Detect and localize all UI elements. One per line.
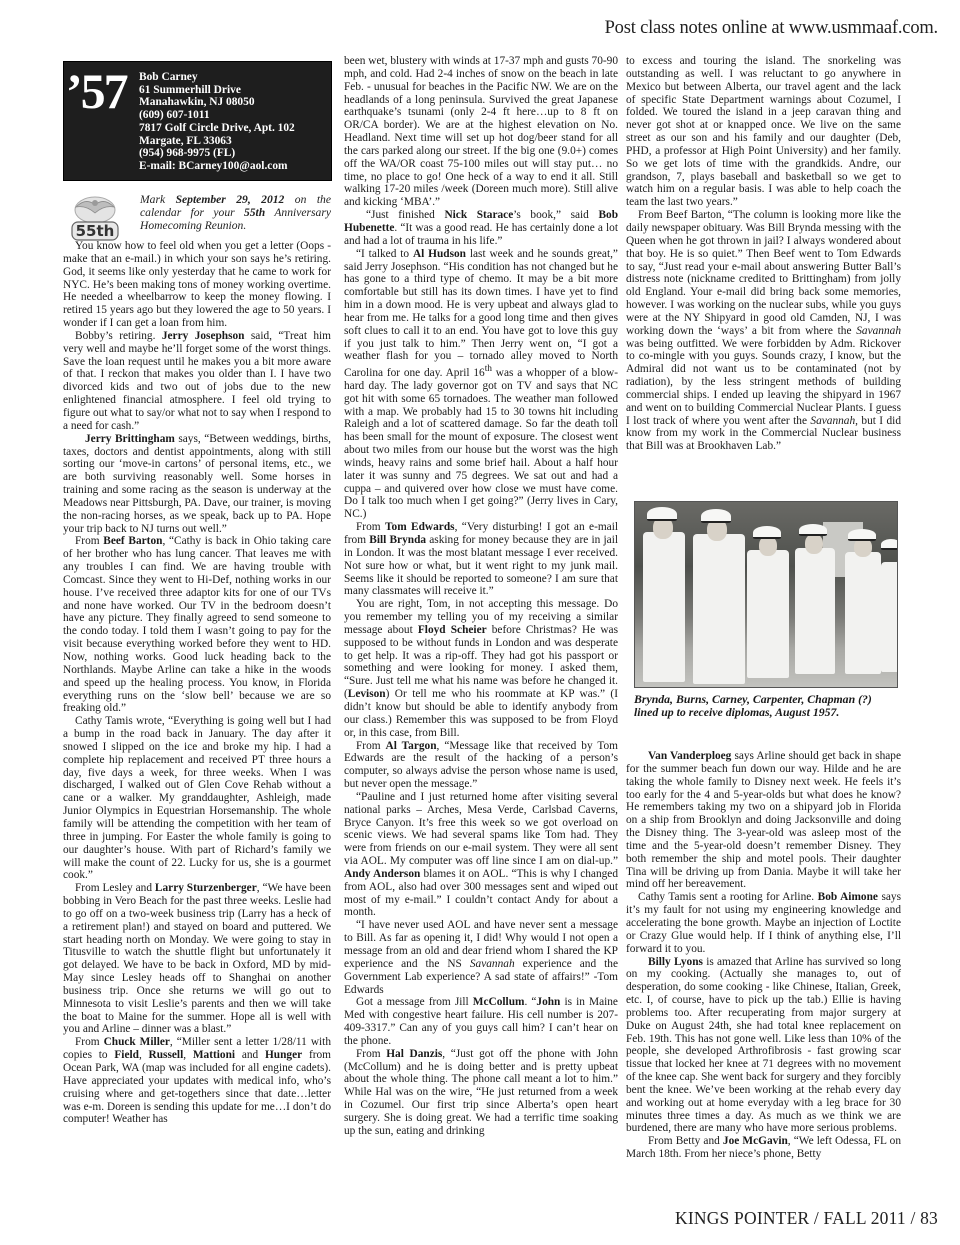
class-year: ’57 xyxy=(66,66,127,116)
contact-name: Bob Carney xyxy=(139,71,295,84)
column-3-top: to excess and touring the island. The sn… xyxy=(626,55,901,453)
contact-email: E-mail: BCarney100@aol.com xyxy=(139,160,295,173)
contact-phone: (609) 607-1011 xyxy=(139,109,295,122)
news-paragraph: “I talked to Al Hudson last week and he … xyxy=(344,248,618,522)
news-paragraph: You know how to feel old when you get a … xyxy=(63,240,331,330)
news-paragraph: From Lesley and Larry Sturzenberger, “We… xyxy=(63,882,331,1036)
svg-text:55th: 55th xyxy=(76,222,115,240)
column-2: been wet, blustery with winds at 17-37 m… xyxy=(344,55,618,1138)
class-contact-banner: ’57 Bob Carney 61 Summerhill Drive Manah… xyxy=(63,61,332,181)
news-paragraph: “Just finished Nick Starace’s book,” sai… xyxy=(344,209,618,248)
news-paragraph: “I have never used AOL and have never se… xyxy=(344,919,618,996)
news-paragraph: Jerry Brittingham says, “Between wedding… xyxy=(63,433,331,536)
page-footer: KINGS POINTER / FALL 2011 / 83 xyxy=(675,1208,938,1229)
news-paragraph: been wet, blustery with winds at 17-37 m… xyxy=(344,55,618,209)
news-paragraph: You are right, Tom, in not accepting thi… xyxy=(344,598,618,739)
news-paragraph: Cathy Tamis sent a rooting for Arline. B… xyxy=(626,891,901,955)
news-paragraph: Cathy Tamis wrote, “Everything is going … xyxy=(63,715,331,882)
news-paragraph: “Pauline and I just returned home after … xyxy=(344,791,618,919)
column-3-bottom: Van Vanderploeg says Arline should get b… xyxy=(626,750,901,1161)
contact-address-line: Margate, FL 33063 xyxy=(139,135,295,148)
news-paragraph: to excess and touring the island. The sn… xyxy=(626,55,901,209)
graduation-photo xyxy=(634,501,898,688)
anniversary-badge: 55th xyxy=(64,193,126,245)
reunion-date: September 29, 2012 xyxy=(176,193,285,206)
news-paragraph: Got a message from Jill McCollum. “John … xyxy=(344,996,618,1047)
reunion-announcement: Mark September 29, 2012 on the calendar … xyxy=(140,193,331,232)
eagle-emblem-icon: 55th xyxy=(64,193,126,245)
contact-address-line: Manahawkin, NJ 08050 xyxy=(139,96,295,109)
news-paragraph: From Beef Barton, “The column is looking… xyxy=(626,209,901,453)
column-1: You know how to feel old when you get a … xyxy=(63,240,331,1126)
contact-phone: (954) 968-9975 (FL) xyxy=(139,147,295,160)
news-paragraph: From Al Targon, “Message like that recei… xyxy=(344,740,618,791)
news-paragraph: From Beef Barton, “Cathy is back in Ohio… xyxy=(63,535,331,715)
class-secretary-contact: Bob Carney 61 Summerhill Drive Manahawki… xyxy=(139,71,295,173)
contact-address-line: 7817 Golf Circle Drive, Apt. 102 xyxy=(139,122,295,135)
news-paragraph: Billy Lyons is amazed that Arline has su… xyxy=(626,956,901,1136)
news-paragraph: From Betty and Joe McGavin, “We left Ode… xyxy=(626,1135,901,1161)
online-notes-header: Post class notes online at www.usmmaaf.c… xyxy=(605,18,938,39)
news-paragraph: Bobby’s retiring. Jerry Josephson said, … xyxy=(63,330,331,433)
news-paragraph: From Chuck Miller, “Miller sent a letter… xyxy=(63,1036,331,1126)
news-paragraph: From Tom Edwards, “Very disturbing! I go… xyxy=(344,521,618,598)
photo-caption: Brynda, Burns, Carney, Carpenter, Chapma… xyxy=(634,693,904,720)
contact-address-line: 61 Summerhill Drive xyxy=(139,84,295,97)
news-paragraph: Van Vanderploeg says Arline should get b… xyxy=(626,750,901,891)
news-paragraph: From Hal Danzis, “Just got off the phone… xyxy=(344,1048,618,1138)
